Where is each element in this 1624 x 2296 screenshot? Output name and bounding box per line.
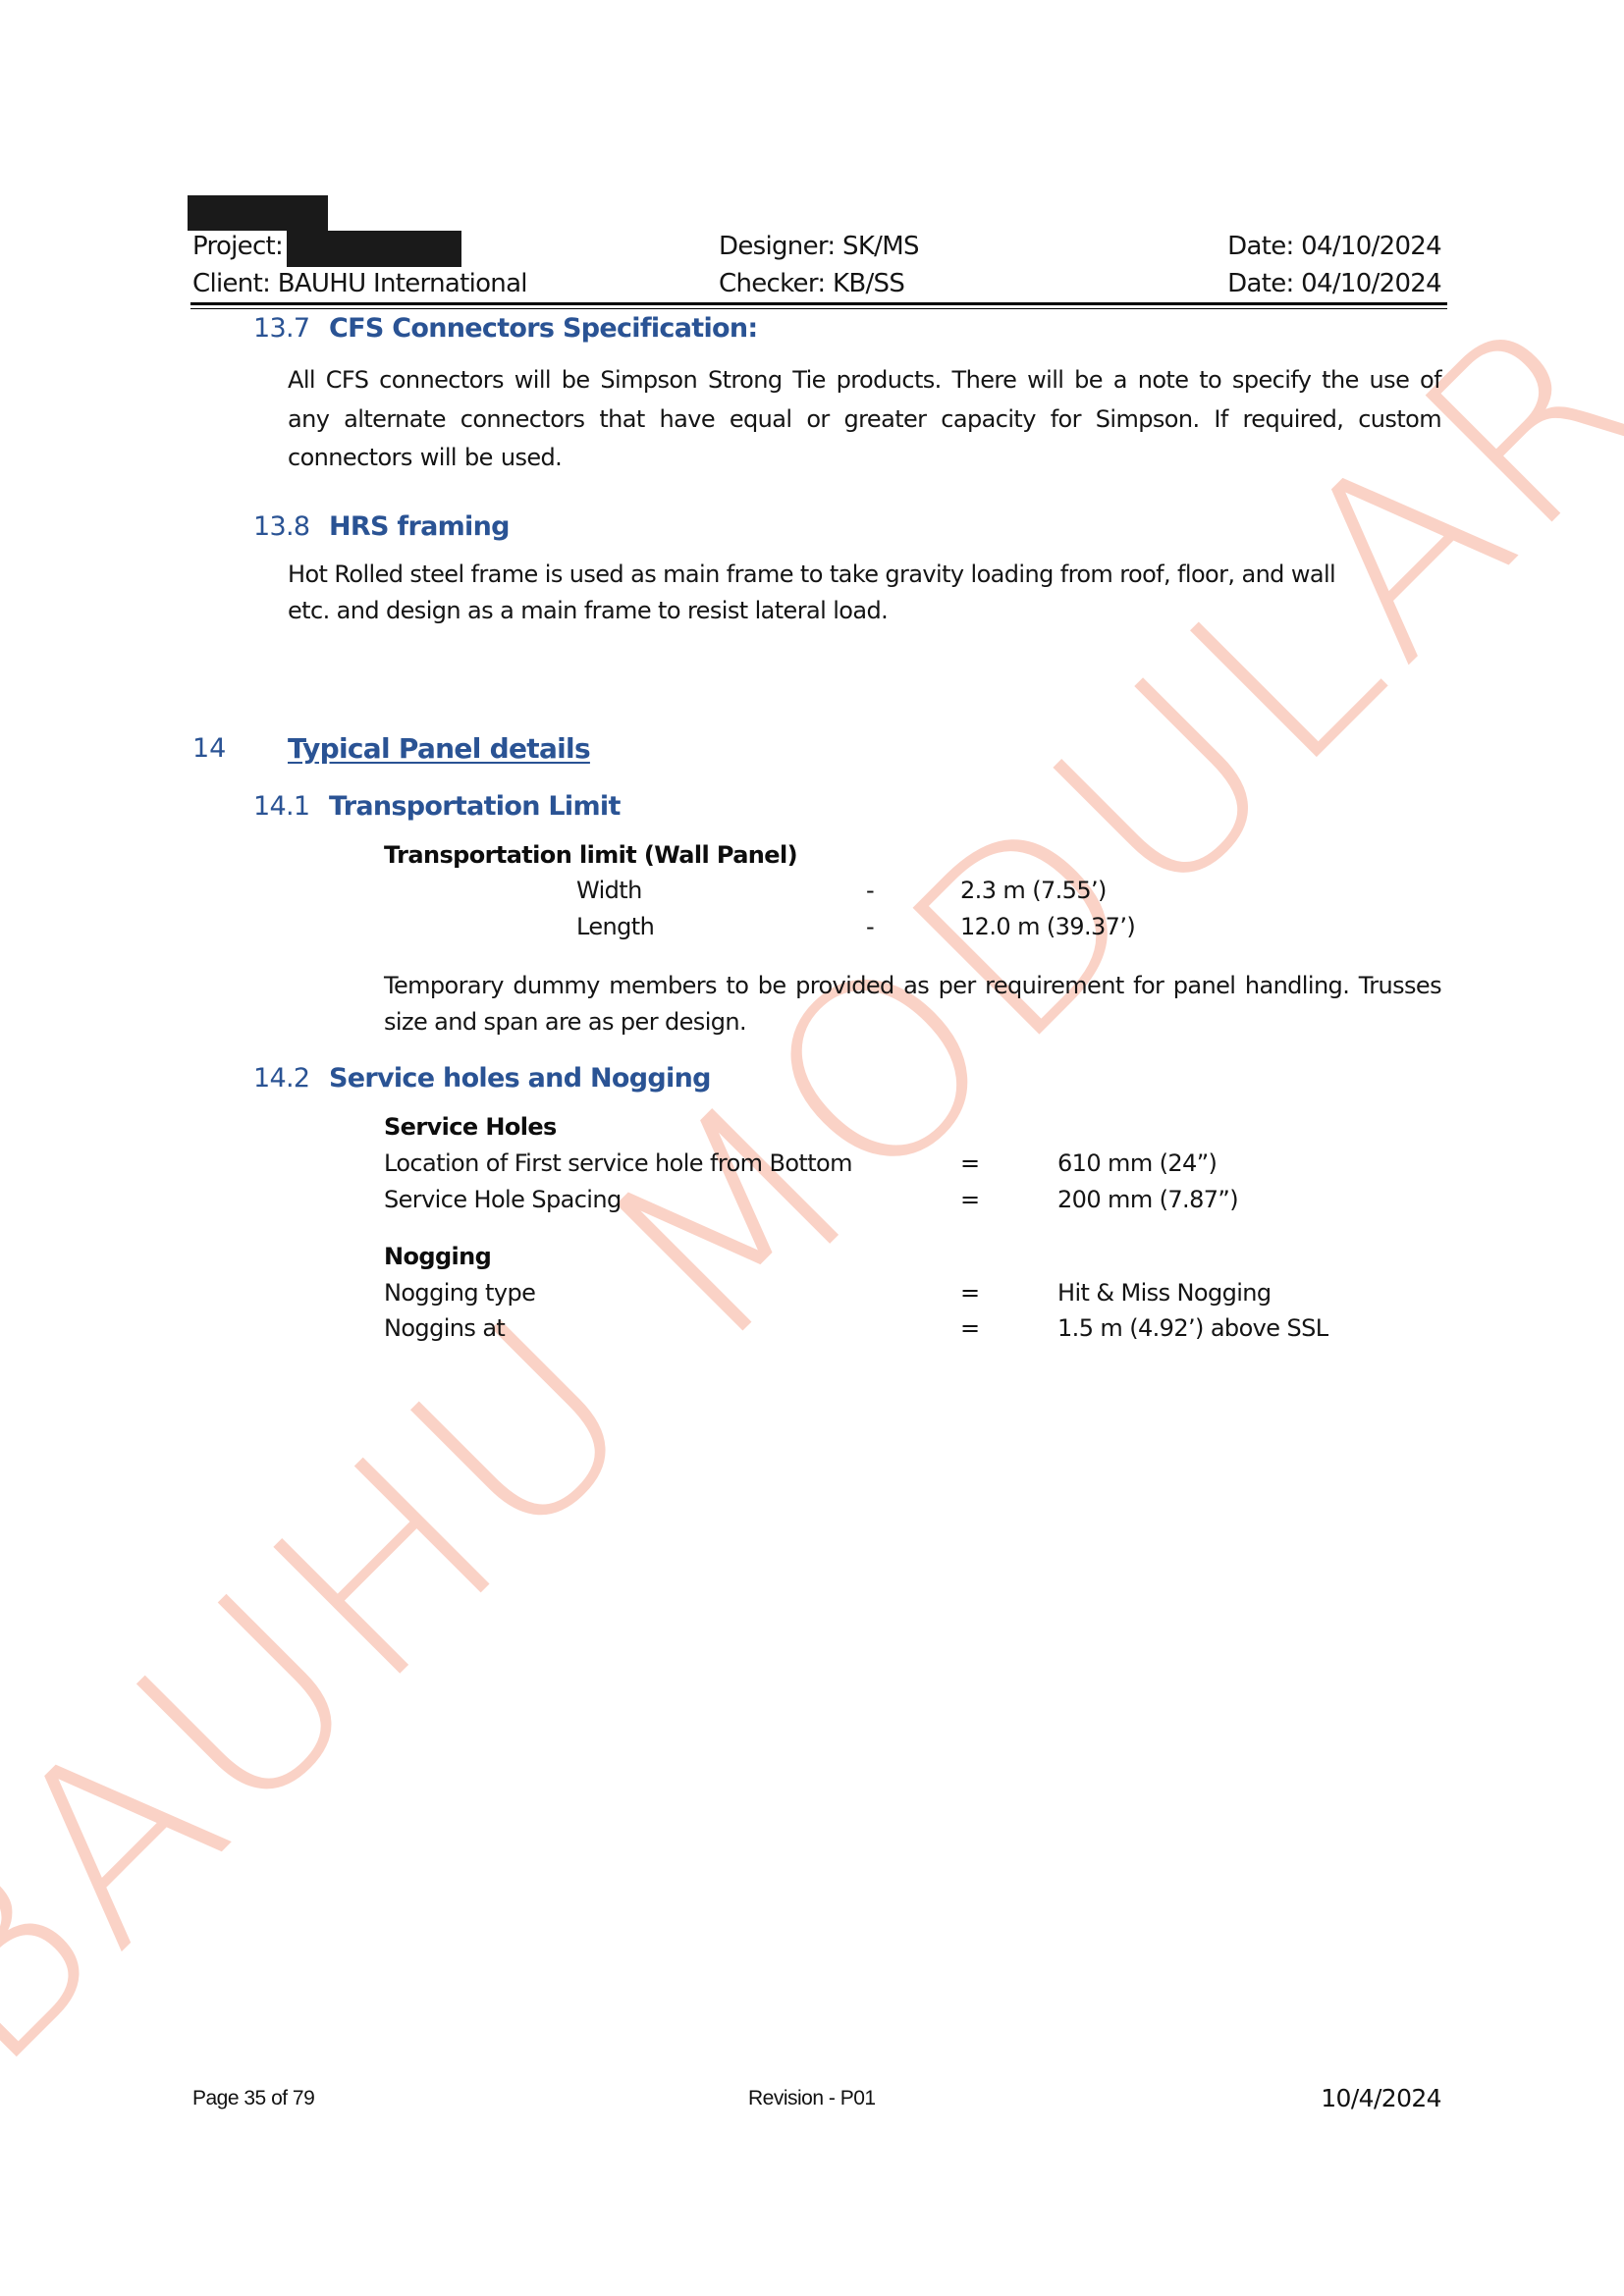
first-service-hole-separator: = [960, 1148, 980, 1178]
width-label: Width [576, 876, 642, 905]
nogging-type-label: Nogging type [384, 1278, 535, 1308]
section-13-8-body-line-2: etc. and design as a main frame to resis… [288, 596, 888, 625]
noggins-at-value: 1.5 m (4.92’) above SSL [1057, 1313, 1328, 1343]
designer-label: Designer: SK/MS [719, 232, 919, 261]
section-14-1-title: Transportation Limit [329, 790, 621, 824]
width-value: 2.3 m (7.55’) [960, 876, 1107, 905]
section-14-number: 14 [192, 732, 226, 766]
length-separator: - [866, 912, 874, 941]
checker-label: Checker: KB/SS [719, 269, 904, 298]
noggins-at-separator: = [960, 1313, 980, 1343]
section-13-7-number: 13.7 [253, 312, 309, 346]
designer-date: Date: 04/10/2024 [1227, 232, 1441, 261]
redaction-box-logo [188, 195, 328, 231]
section-14-title: Typical Panel details [288, 732, 590, 766]
footer-revision: Revision - P01 [748, 2087, 876, 2110]
footer-date: 10/4/2024 [1321, 2084, 1441, 2112]
service-hole-spacing-separator: = [960, 1185, 980, 1214]
section-14-2-title: Service holes and Nogging [329, 1062, 711, 1095]
width-separator: - [866, 876, 874, 905]
first-service-hole-value: 610 mm (24”) [1057, 1148, 1217, 1178]
noggins-at-label: Noggins at [384, 1313, 505, 1343]
section-13-8-title: HRS framing [329, 510, 510, 544]
client-label: Client: BAUHU International [192, 269, 527, 298]
service-hole-spacing-value: 200 mm (7.87”) [1057, 1185, 1238, 1214]
header-rule-thin [190, 308, 1447, 309]
section-14-2-number: 14.2 [253, 1062, 309, 1095]
checker-date: Date: 04/10/2024 [1227, 269, 1441, 298]
footer-page-number: Page 35 of 79 [192, 2087, 314, 2110]
transportation-limit-subheading: Transportation limit (Wall Panel) [384, 840, 797, 870]
nogging-heading: Nogging [384, 1242, 491, 1271]
service-holes-heading: Service Holes [384, 1112, 557, 1142]
length-label: Length [576, 912, 654, 941]
section-13-7-title: CFS Connectors Specification: [329, 312, 757, 346]
section-13-8-body-line-1: Hot Rolled steel frame is used as main f… [288, 560, 1335, 589]
nogging-type-value: Hit & Miss Nogging [1057, 1278, 1272, 1308]
nogging-type-separator: = [960, 1278, 980, 1308]
service-hole-spacing-label: Service Hole Spacing [384, 1185, 622, 1214]
first-service-hole-label: Location of First service hole from Bott… [384, 1148, 852, 1178]
length-value: 12.0 m (39.37’) [960, 912, 1135, 941]
document-page: Project: Client: BAUHU International Des… [0, 0, 1624, 2296]
redaction-box-project-name [287, 231, 461, 267]
section-13-7-body: All CFS connectors will be Simpson Stron… [288, 361, 1441, 478]
header-rule-thick [190, 302, 1447, 305]
section-14-1-number: 14.1 [253, 790, 309, 824]
section-13-8-number: 13.8 [253, 510, 309, 544]
project-label: Project: [192, 232, 283, 261]
transportation-note: Temporary dummy members to be provided a… [384, 968, 1441, 1041]
